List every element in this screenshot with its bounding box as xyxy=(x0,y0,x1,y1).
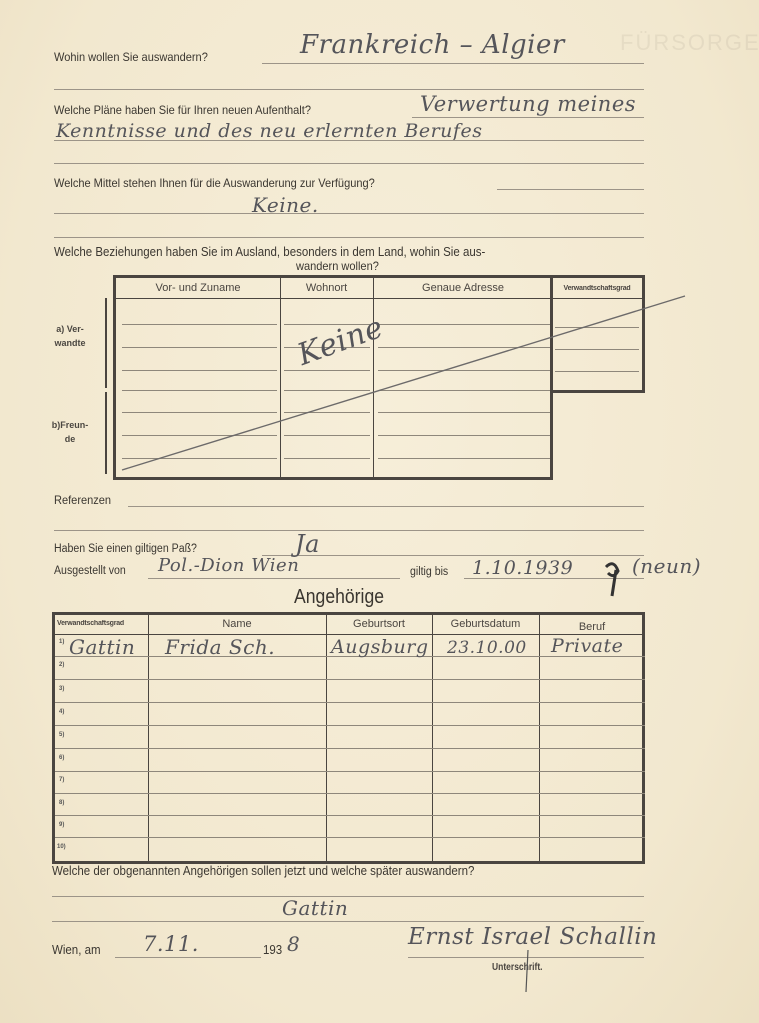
dependents-table: Verwandtschaftsgrad Name Geburtsort Gebu… xyxy=(52,612,645,864)
date-day-month[interactable]: 7.11. xyxy=(143,932,199,956)
emigrate-when-label: Welche der obgenannten Angehörigen solle… xyxy=(52,864,474,878)
means-line-1 xyxy=(497,189,644,190)
means-line-3 xyxy=(54,237,644,238)
row-number-1: 1) xyxy=(59,639,64,645)
signature-value[interactable]: Ernst Israel Schallin xyxy=(408,924,657,950)
valid-until-answer[interactable]: 1.10.1939 xyxy=(472,557,573,579)
place-date-label: Wien, am xyxy=(52,943,101,957)
row-number-10: 10) xyxy=(57,844,66,850)
passport-answer[interactable]: Ja xyxy=(295,530,320,558)
signature-caption: Unterschrift. xyxy=(492,962,543,973)
col-header-name: Vor- und Zuname xyxy=(116,282,280,294)
emigrate-when-line-2 xyxy=(52,921,644,922)
year-prefix: 193 xyxy=(263,943,282,957)
row-number-3: 3) xyxy=(59,686,64,692)
dep-col-occupation: Beruf xyxy=(539,621,645,633)
friends-group-label: b)Freun- de xyxy=(48,418,92,446)
relations-degree-box: Verwandtschaftsgrad xyxy=(550,275,645,393)
form-page: FÜRSORGE Wohin wollen Sie auswandern? Fr… xyxy=(0,0,759,1023)
destination-label: Wohin wollen Sie auswandern? xyxy=(54,50,208,64)
date-line xyxy=(115,957,261,958)
row-number-5: 5) xyxy=(59,732,64,738)
plans-line-3 xyxy=(54,163,644,164)
friends-label-l2: de xyxy=(48,432,92,446)
plans-line-2 xyxy=(54,140,644,141)
relatives-brace xyxy=(105,298,107,388)
passport-label: Haben Sie einen giltigen Paß? xyxy=(54,543,197,555)
means-line-2 xyxy=(54,213,644,214)
issued-by-line xyxy=(148,578,400,579)
valid-until-note[interactable]: (neun) xyxy=(632,554,701,578)
emigrate-when-answer[interactable]: Gattin xyxy=(282,896,348,920)
relatives-group-label: a) Ver- wandte xyxy=(48,322,92,350)
year-nine-overwrite xyxy=(606,564,618,596)
relations-label-line1: Welche Beziehungen haben Sie im Ausland,… xyxy=(54,245,485,259)
year-digit[interactable]: 8 xyxy=(287,932,300,956)
references-line-2 xyxy=(54,530,644,531)
row-number-4: 4) xyxy=(59,709,64,715)
issued-by-answer[interactable]: Pol.-Dion Wien xyxy=(158,555,299,576)
dep-row1-relationship[interactable]: Gattin xyxy=(69,635,135,659)
friends-brace xyxy=(105,392,107,474)
dep-col-name: Name xyxy=(148,618,326,630)
dep-col-relationship: Verwandtschaftsgrad xyxy=(55,620,150,627)
valid-until-label: giltig bis xyxy=(410,566,448,578)
dep-row1-birthplace[interactable]: Augsburg xyxy=(331,636,429,658)
relations-label-line2: wandern wollen? xyxy=(296,259,379,273)
dep-col-birthdate: Geburtsdatum xyxy=(432,618,539,630)
signature-line xyxy=(408,957,644,958)
plans-answer-line1[interactable]: Verwertung meines xyxy=(420,92,636,116)
plans-label: Welche Pläne haben Sie für Ihren neuen A… xyxy=(54,103,311,117)
bleed-through-text: FÜRSORGE xyxy=(620,30,759,56)
references-label: Referenzen xyxy=(54,493,111,507)
destination-answer[interactable]: Frankreich – Algier xyxy=(300,30,565,60)
plans-line-1 xyxy=(412,117,644,118)
relations-table: Vor- und Zuname Wohnort Genaue Adresse xyxy=(113,275,553,480)
references-line-1 xyxy=(128,506,644,507)
row-number-9: 9) xyxy=(59,822,64,828)
row-number-7: 7) xyxy=(59,777,64,783)
relatives-label-l2: wandte xyxy=(48,336,92,350)
dep-row1-occupation[interactable]: Private xyxy=(551,635,623,657)
destination-line-2 xyxy=(54,89,644,90)
dep-row1-birthdate[interactable]: 23.10.00 xyxy=(447,638,527,658)
col-header-relationship: Verwandtschaftsgrad xyxy=(551,285,643,292)
row-number-2: 2) xyxy=(59,662,64,668)
dep-col-birthplace: Geburtsort xyxy=(326,618,432,630)
issued-by-label: Ausgestellt von xyxy=(54,565,126,577)
row-number-8: 8) xyxy=(59,800,64,806)
means-label: Welche Mittel stehen Ihnen für die Auswa… xyxy=(54,176,375,190)
dep-row1-name[interactable]: Frida Sch. xyxy=(165,635,275,659)
dependents-title: Angehörige xyxy=(294,586,384,609)
relatives-label-l1: a) Ver- xyxy=(48,322,92,336)
col-header-address: Genaue Adresse xyxy=(373,282,553,294)
friends-label-l1: b)Freun- xyxy=(48,418,92,432)
plans-answer-line2[interactable]: Kenntnisse und des neu erlernten Berufes xyxy=(56,120,482,142)
col-header-residence: Wohnort xyxy=(280,282,373,294)
destination-line xyxy=(262,63,644,64)
row-number-6: 6) xyxy=(59,755,64,761)
